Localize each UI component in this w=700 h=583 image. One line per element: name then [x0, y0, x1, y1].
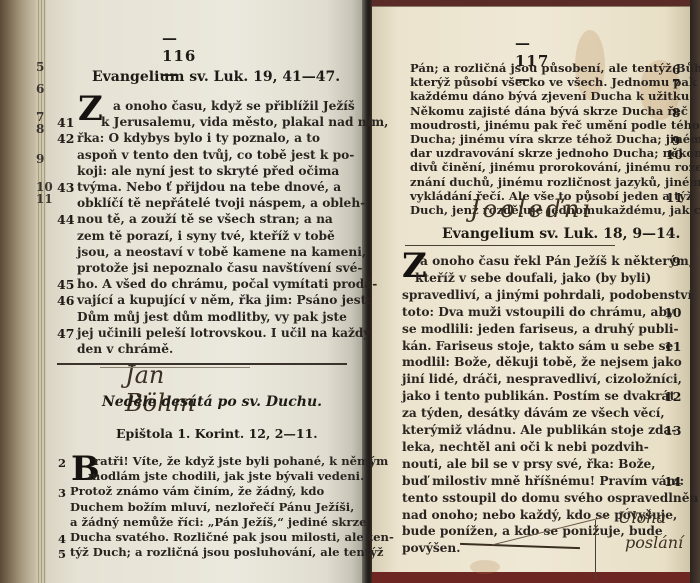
- verse-number: 11: [664, 339, 681, 354]
- open-book-scan: — 116 — 567891011 Evangelium sv. Luk. 19…: [0, 0, 700, 583]
- gospel-heading-right: Evangelium sv. Luk. 18, 9—14.: [442, 226, 680, 242]
- text-line: ho. A všed do chrámu, počal vymítati pro…: [77, 278, 377, 290]
- text-line: leka, nechtěl ani oči k nebi pozdvih-: [402, 441, 649, 453]
- text-line: každému dáno bývá zjevení Ducha k užitku…: [410, 91, 693, 103]
- margin-number: 11: [36, 192, 53, 206]
- text-line: Pán; a rozličná jsou působení, ale tentý…: [410, 63, 700, 75]
- text-line: toto: Dva muži vstoupili do chrámu, aby: [402, 306, 674, 318]
- text-line: moudrosti, jinému pak řeč umění podle té…: [410, 120, 700, 132]
- text-line: kteříž v sebe doufali, jako (by byli): [415, 272, 651, 284]
- margin-number: 8: [36, 122, 44, 136]
- text-line: vající a kupující v něm, řka jim: Psáno …: [77, 294, 371, 306]
- text-line: Dům můj jest dům modlitby, vy pak jste: [77, 311, 347, 323]
- ink-vertical-stroke: [595, 520, 596, 580]
- epistle-heading: Epištola 1. Korint. 12, 2—11.: [116, 426, 318, 441]
- margin-number: 6: [36, 82, 44, 96]
- text-line: koji: ale nyní jest to skryté před očima: [77, 165, 339, 177]
- verse-number: 42: [57, 131, 74, 146]
- handwritten-bottom-1: Úloha: [618, 508, 666, 527]
- verse-number: 2: [58, 456, 66, 470]
- text-line: jiní lidé, dráči, nespravedliví, cizolož…: [402, 373, 682, 385]
- text-line: jsou, a neostaví v tobě kamene na kameni…: [77, 246, 366, 258]
- text-line: k Jerusalemu, vida město, plakal nad ním…: [101, 116, 388, 128]
- margin-number: 5: [36, 60, 44, 74]
- verse-number: 12: [664, 389, 681, 404]
- stain: [470, 560, 500, 574]
- text-line: aspoň v tento den tvůj, co tobě jest k p…: [77, 149, 354, 161]
- text-line: řka: O kdybys bylo i ty poznalo, a to: [77, 132, 320, 144]
- cover-bottom: [372, 572, 690, 583]
- handwritten-underline: [405, 245, 615, 246]
- text-line: jako i tento publikán. Postím se dvakrát: [402, 390, 675, 402]
- text-line: spravedliví, a jinými pohrdali, podobens…: [402, 289, 692, 301]
- text-line: protože jsi nepoznalo času navštívení sv…: [77, 262, 362, 274]
- verse-number: 45: [57, 277, 74, 292]
- text-line: a onoho času řekl Pán Ježíš k některým,: [420, 255, 693, 267]
- text-line: znání duchů, jinému rozličnost jazyků, j…: [410, 177, 700, 189]
- gospel-heading-left: Evangelium sv. Luk. 19, 41—47.: [92, 69, 340, 85]
- text-line: modlám jste chodili, jak jste bývali ved…: [88, 471, 364, 483]
- text-line: tento sstoupil do domu svého ospravedlně…: [402, 492, 698, 504]
- text-line: nou tě, a zouží tě se všech stran; a na: [77, 213, 333, 225]
- handwritten-note: Jooleďní: [470, 195, 593, 223]
- verse-number: 41: [57, 115, 74, 130]
- text-line: ratři! Víte, že když jste byli pohané, k…: [94, 456, 388, 468]
- text-line: buď milostiv mně hříšnému! Pravím vám:: [402, 475, 684, 487]
- verse-number: 10: [664, 305, 681, 320]
- text-line: týž Duch; a rozličná jsou posluhování, a…: [70, 547, 383, 559]
- text-line: bude ponížen, a kdo se ponižuje, bude: [402, 525, 663, 537]
- text-line: Někomu zajisté dána bývá skrze Ducha řeč: [410, 106, 688, 118]
- verse-number: 14: [664, 474, 681, 489]
- verse-number: 3: [58, 486, 66, 500]
- text-line: tvýma. Nebo ť přijdou na tebe dnové, a: [77, 181, 341, 193]
- text-line: zem tě porazí, i syny tvé, kteříž v tobě: [77, 230, 335, 242]
- verse-number: 46: [57, 293, 74, 308]
- section-divider: [57, 363, 347, 365]
- text-line: dar uzdravování skrze jednoho Ducha; něk…: [410, 148, 700, 160]
- text-line: se modlili: jeden fariseus, a druhý publ…: [402, 323, 679, 335]
- text-line: divů činění, jinému prorokování, jinému …: [410, 162, 700, 174]
- verse-number: 43: [57, 180, 74, 195]
- text-line: kterýmiž vládnu. Ale publikán stoje zda-: [402, 424, 676, 436]
- gospel-dropcap-left: Z: [78, 92, 103, 126]
- text-line: Ducha svatého. Rozličné pak jsou milosti…: [70, 532, 394, 544]
- text-line: za týden, desátky dávám ze všech věcí,: [402, 407, 665, 419]
- text-line: obklíčí tě nepřátelé tvoji náspem, a obl…: [77, 197, 365, 209]
- text-line: a žádný nemůže říci: „Pán Ježíš,“ jediné…: [70, 517, 366, 529]
- verse-number: 9: [672, 254, 681, 269]
- text-line: modlil: Bože, děkuji tobě, že nejsem jak…: [402, 356, 682, 368]
- text-line: Protož známo vám činím, že žádný, kdo: [70, 486, 324, 498]
- text-line: a onoho času, když se přiblížil Ježíš: [113, 100, 355, 112]
- verse-number: 4: [58, 532, 66, 546]
- margin-number: 9: [36, 152, 44, 166]
- text-line: Ducha; jinému víra skrze téhož Ducha; ji…: [410, 134, 700, 146]
- verse-number: 5: [58, 547, 66, 561]
- text-line: povýšen.: [402, 542, 461, 554]
- handwritten-bottom-2: poslání: [625, 533, 683, 552]
- text-line: Duchem božím mluví, nezlořečí Pánu Ježíš…: [70, 502, 354, 514]
- text-line: nouti, ale bil se v prsy své, řka: Bože,: [402, 458, 656, 470]
- verse-number: 44: [57, 212, 74, 227]
- text-line: kterýž působí všecko ve všech. Jednomu p…: [410, 77, 697, 89]
- text-line: jej učinili peleší lotrovskou. I učil na…: [77, 327, 371, 339]
- section-divider-thin: [100, 367, 250, 368]
- sunday-heading: Neděle desátá po sv. Duchu.: [102, 394, 322, 410]
- verse-number: 47: [57, 326, 74, 341]
- verse-number: 13: [664, 423, 681, 438]
- text-line: den v chrámě.: [77, 343, 173, 355]
- text-line: kán. Fariseus stoje, takto sám u sebe se: [402, 340, 673, 352]
